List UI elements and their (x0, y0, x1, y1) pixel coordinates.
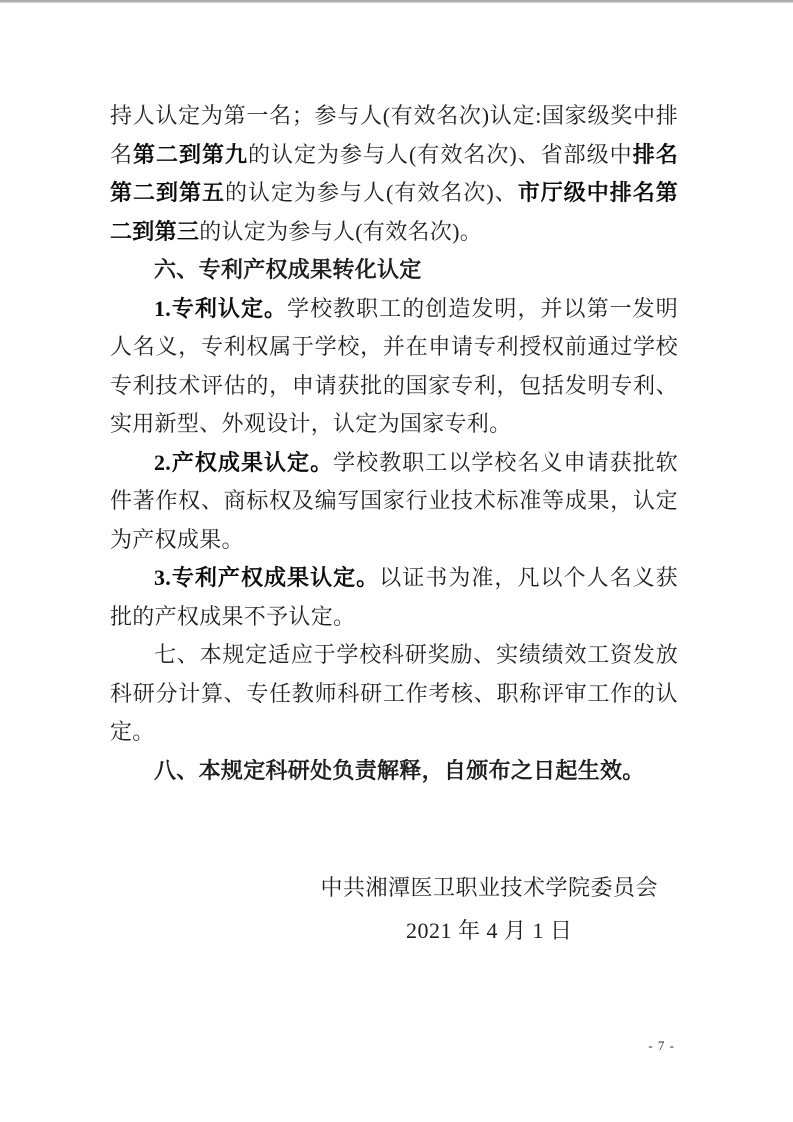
text-run-bold: 第二到第九 (133, 142, 248, 167)
paragraph-award-ranking-continuation: 持人认定为第一名；参与人(有效名次)认定:国家级奖中排名第二到第九的认定为参与人… (110, 97, 678, 251)
signature-block: 中共湘潭医卫职业技术学院委员会 2021 年 4 月 1 日 (320, 866, 658, 952)
signature-organization: 中共湘潭医卫职业技术学院委员会 (320, 866, 658, 909)
document-page: 持人认定为第一名；参与人(有效名次)认定:国家级奖中排名第二到第九的认定为参与人… (0, 0, 793, 1122)
page-number: - 7 - (648, 1038, 675, 1054)
text-run-bold-lead: 3.专利产权成果认定。 (154, 565, 379, 590)
text-run: 的认定为参与人(有效名次)、省部级中 (248, 142, 633, 167)
text-run: 的认定为参与人(有效名次)、 (225, 180, 518, 205)
text-run-bold-lead: 2.产权成果认定。 (154, 450, 333, 475)
paragraph-ip-result-recognition: 2.产权成果认定。学校教职工以学校名义申请获批软件著作权、商标权及编写国家行业技… (110, 444, 678, 560)
heading-section-six: 六、专利产权成果转化认定 (110, 251, 678, 290)
paragraph-patent-ip-certificate: 3.专利产权成果认定。以证书为准，凡以个人名义获批的产权成果不予认定。 (110, 559, 678, 636)
paragraph-section-seven: 七、本规定适应于学校科研奖励、实绩绩效工资发放科研分计算、专任教师科研工作考核、… (110, 636, 678, 752)
document-body: 持人认定为第一名；参与人(有效名次)认定:国家级奖中排名第二到第九的认定为参与人… (0, 0, 793, 952)
paragraph-patent-recognition: 1.专利认定。学校教职工的创造发明，并以第一发明人名义，专利权属于学校，并在申请… (110, 290, 678, 444)
heading-section-eight: 八、本规定科研处负责解释，自颁布之日起生效。 (110, 752, 678, 791)
signature-date: 2021 年 4 月 1 日 (320, 909, 658, 952)
text-run: 的认定为参与人(有效名次)。 (199, 219, 482, 244)
text-run-bold-lead: 1.专利认定。 (154, 296, 287, 321)
scan-artifact-top-edge (0, 0, 793, 3)
